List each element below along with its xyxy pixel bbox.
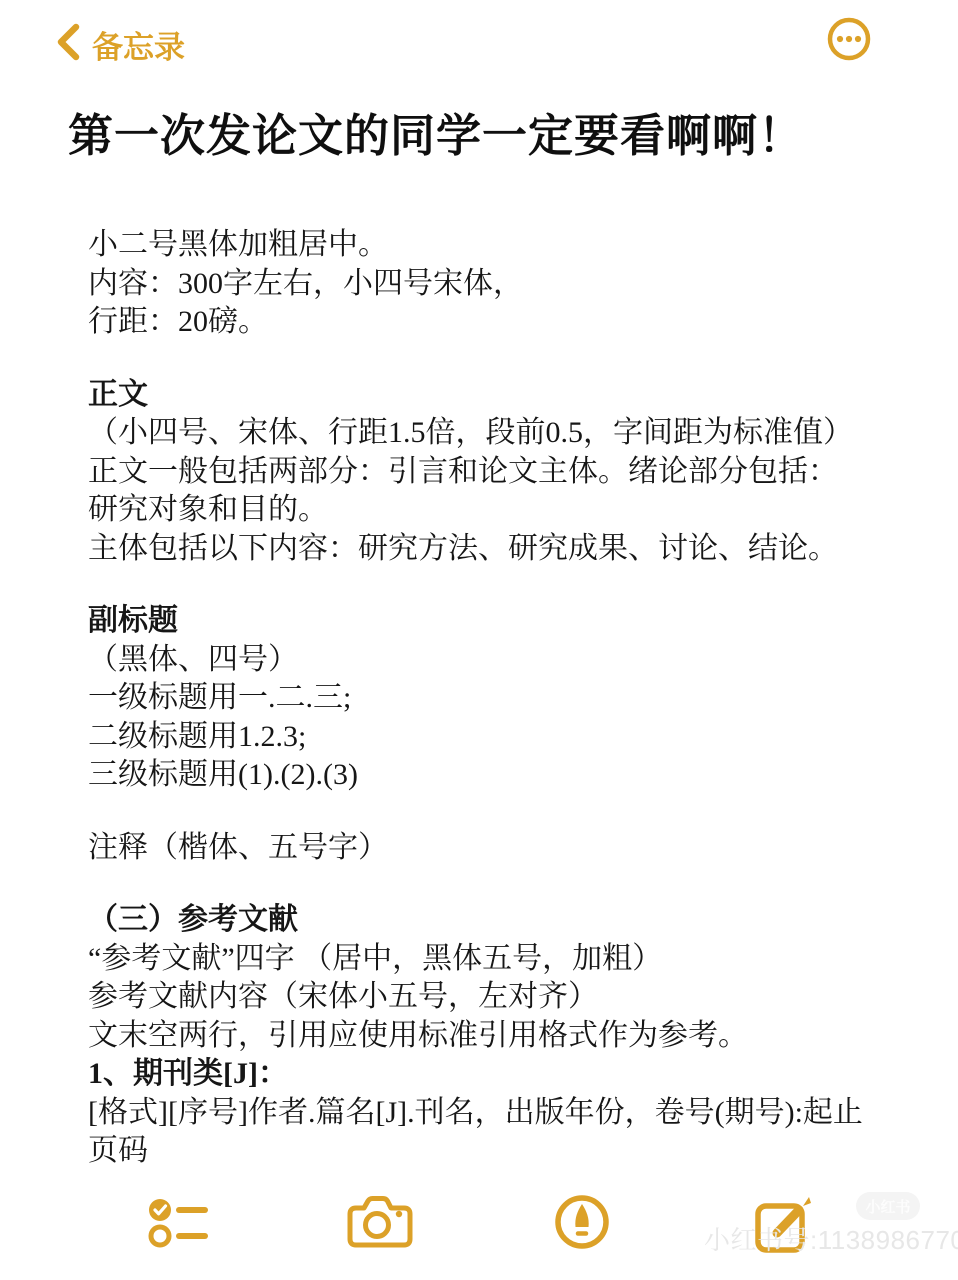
note-line: 小二号黑体加粗居中。 [88, 226, 888, 265]
note-line: [格式][序号]作者.篇名[J].刊名，出版年份，卷号(期号):起止页码 [88, 1094, 888, 1171]
markup-pen-icon [553, 1193, 611, 1256]
nav-bar: 备忘录 [0, 0, 958, 80]
note-line: 行距：20磅。 [88, 303, 888, 342]
note-title: 第一次发论文的同学一定要看啊啊！ [68, 110, 898, 162]
note-line: 正文一般包括两部分：引言和论文主体。绪论部分包括： [88, 453, 888, 492]
more-options-button[interactable] [826, 16, 872, 67]
note-line: 二级标题用1.2.3; [88, 718, 888, 757]
note-line: （小四号、宋体、行距1.5倍，段前0.5，字间距为标准值） [88, 414, 888, 453]
note-line: 参考文献内容（宋体小五号，左对齐） [88, 978, 888, 1017]
section-annotation: 注释（楷体、五号字） [88, 829, 888, 868]
section-title-format: 小二号黑体加粗居中。 内容：300字左右，小四号宋体， 行距：20磅。 [88, 226, 888, 342]
markup-button[interactable] [549, 1192, 615, 1256]
note-line: （黑体、四号） [88, 641, 888, 680]
back-label: 备忘录 [92, 22, 185, 67]
checklist-icon [147, 1195, 209, 1254]
camera-icon [347, 1195, 413, 1254]
section-heading: 1、期刊类[J]： [88, 1055, 888, 1094]
note-line: 三级标题用(1).(2).(3) [88, 756, 888, 795]
xiaohongshu-id-watermark: 小红书号:11389867700 [704, 1220, 958, 1257]
back-button[interactable]: 备忘录 [56, 22, 185, 67]
section-heading: （三）参考文献 [88, 901, 888, 940]
section-references: （三）参考文献 “参考文献”四字 （居中，黑体五号，加粗） 参考文献内容（宋体小… [88, 901, 888, 1055]
chevron-left-icon [56, 23, 80, 66]
note-line: 文末空两行，引用应使用标准引用格式作为参考。 [88, 1017, 888, 1056]
xiaohongshu-badge: 小红书 [856, 1192, 920, 1220]
section-heading: 正文 [88, 376, 888, 415]
note-line: 注释（楷体、五号字） [88, 829, 888, 868]
section-journal-format: 1、期刊类[J]： [格式][序号]作者.篇名[J].刊名，出版年份，卷号(期号… [88, 1055, 888, 1171]
section-main-text: 正文 （小四号、宋体、行距1.5倍，段前0.5，字间距为标准值） 正文一般包括两… [88, 376, 888, 569]
note-line: 内容：300字左右，小四号宋体， [88, 265, 888, 304]
section-subtitle: 副标题 （黑体、四号） 一级标题用一.二.三; 二级标题用1.2.3; 三级标题… [88, 602, 888, 795]
section-heading: 副标题 [88, 602, 888, 641]
checklist-button[interactable] [145, 1192, 211, 1256]
note-line: 研究对象和目的。 [88, 491, 888, 530]
note-body: 小二号黑体加粗居中。 内容：300字左右，小四号宋体， 行距：20磅。 正文 （… [88, 226, 888, 1171]
ellipsis-circle-icon [826, 49, 872, 66]
note-line: “参考文献”四字 （居中，黑体五号，加粗） [88, 940, 888, 979]
note-line: 主体包括以下内容：研究方法、研究成果、讨论、结论。 [88, 530, 888, 569]
camera-button[interactable] [347, 1192, 413, 1256]
note-line: 一级标题用一.二.三; [88, 679, 888, 718]
